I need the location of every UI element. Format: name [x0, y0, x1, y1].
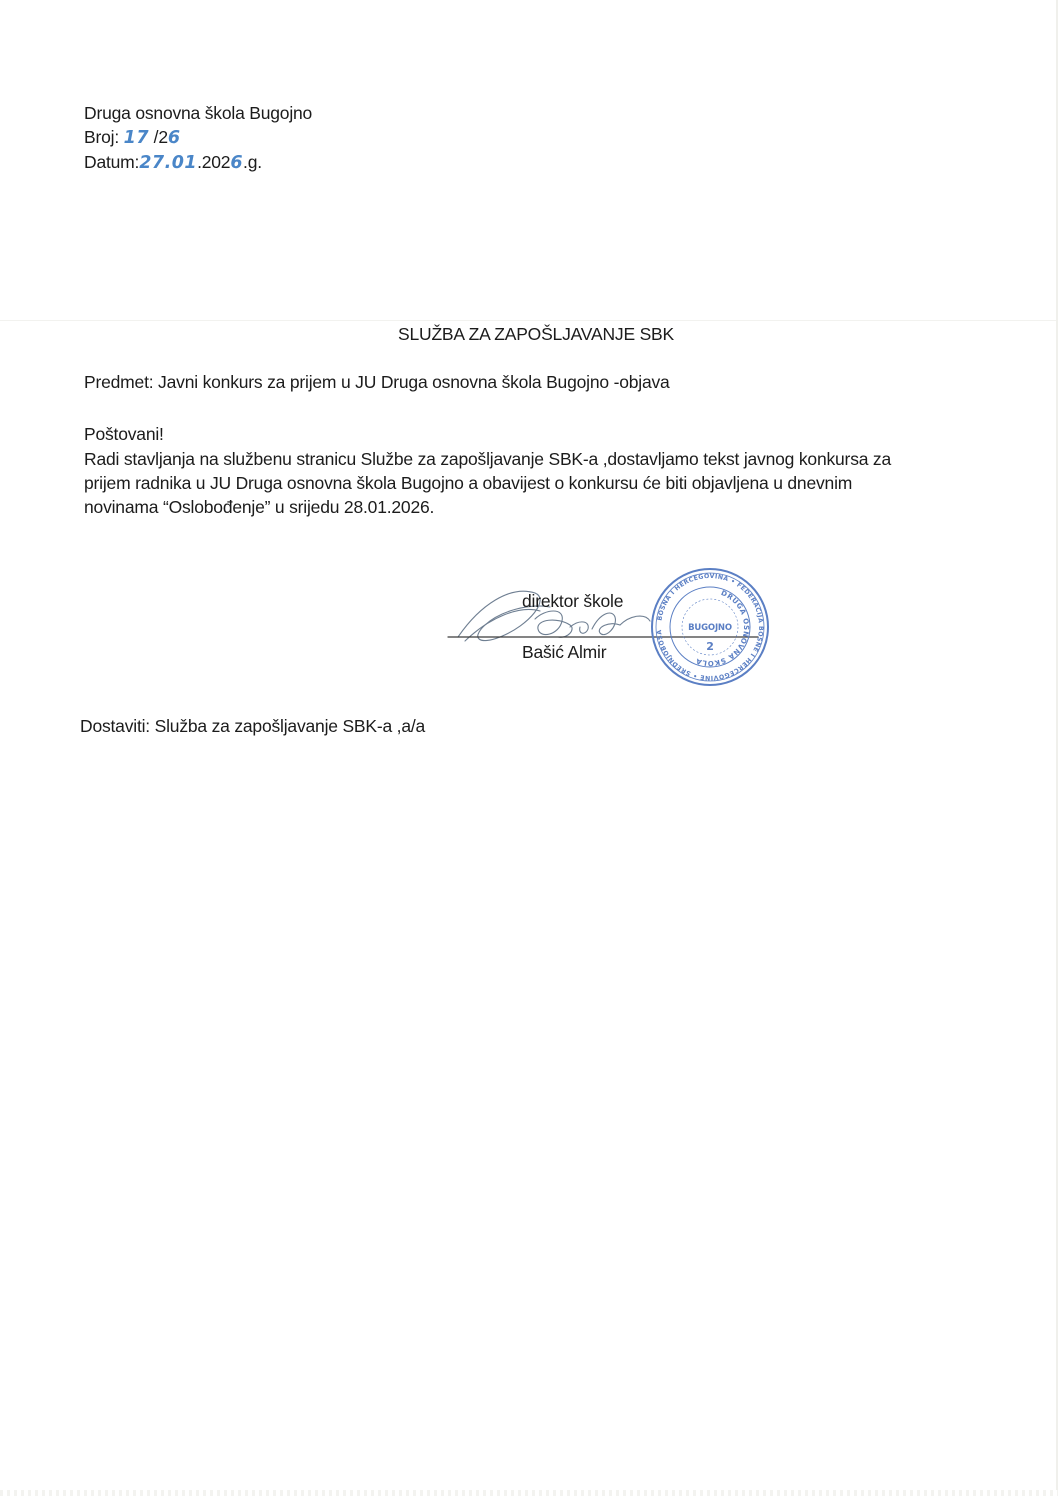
- date-suffix: .g.: [243, 152, 262, 172]
- delivery-note: Dostaviti: Služba za zapošljavanje SBK-a…: [80, 716, 425, 737]
- recipient-heading: SLUŽBA ZA ZAPOŠLJAVANJE SBK: [398, 324, 674, 345]
- body-line: Radi stavljanja na službenu stranicu Slu…: [84, 447, 891, 471]
- svg-text:2: 2: [706, 640, 713, 653]
- number-suffix-handwritten: 6: [168, 128, 181, 148]
- letter-body: Radi stavljanja na službenu stranicu Slu…: [84, 447, 891, 519]
- body-line: prijem radnika u JU Druga osnovna škola …: [84, 471, 891, 495]
- subject-line: Predmet: Javni konkurs za prijem u JU Dr…: [84, 372, 670, 393]
- date-handwritten: 27.01: [139, 153, 197, 173]
- signature-icon: BOSNA I HERCEGOVINA • FEDERACIJA BOSNE I…: [440, 555, 780, 700]
- number-label: Broj:: [84, 127, 124, 147]
- date-year-handwritten: 6: [230, 153, 243, 173]
- scan-artifact-line: [0, 320, 1058, 321]
- signature-block: BOSNA I HERCEGOVINA • FEDERACIJA BOSNE I…: [440, 555, 780, 700]
- number-handwritten: 17: [124, 128, 149, 148]
- document-page: Druga osnovna škola Bugojno Broj: 17 /26…: [0, 0, 1058, 1496]
- svg-text:BUGOJNO: BUGOJNO: [688, 623, 732, 633]
- date-label: Datum:: [84, 152, 139, 172]
- letter-date: Datum:27.01.2026.g.: [84, 150, 312, 175]
- letter-header: Druga osnovna škola Bugojno Broj: 17 /26…: [84, 101, 312, 175]
- number-suffix: /2: [149, 127, 168, 147]
- date-year: .202: [197, 152, 230, 172]
- school-name: Druga osnovna škola Bugojno: [84, 101, 312, 125]
- reference-number: Broj: 17 /26: [84, 125, 312, 150]
- body-line: novinama “Oslobođenje” u srijedu 28.01.2…: [84, 495, 891, 519]
- signatory-name: Bašić Almir: [522, 642, 606, 663]
- scan-artifact-bottom: [0, 1490, 1058, 1496]
- greeting: Poštovani!: [84, 424, 164, 445]
- signatory-role: direktor škole: [522, 591, 623, 612]
